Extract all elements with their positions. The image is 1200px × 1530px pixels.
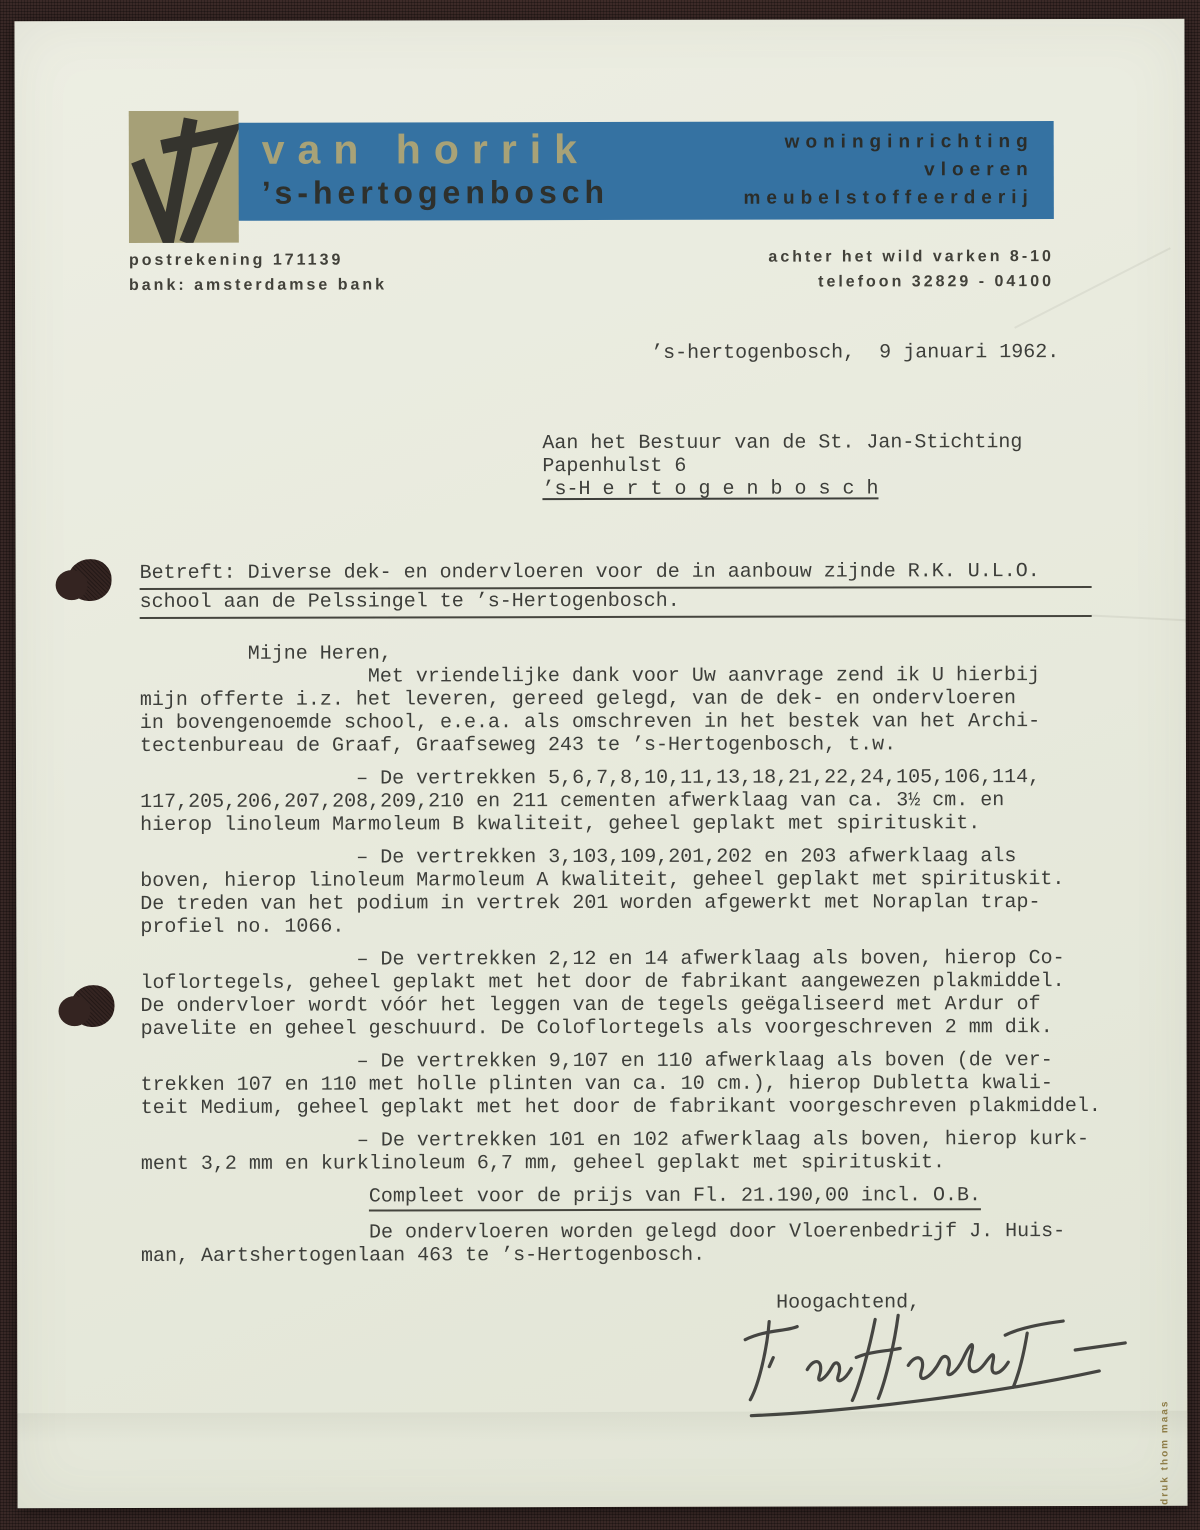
recipient-line: ’s-H e r t o g e n b o s c h <box>542 477 1022 501</box>
contact-line: telefoon 32829 - 04100 <box>575 269 1054 295</box>
salutation: Mijne Heren, <box>140 641 1130 666</box>
paper-crease <box>1091 614 1186 621</box>
price-line: Compleet voor de prijs van Fl. 21.190,00… <box>141 1184 1131 1212</box>
service-line: vloeren <box>743 156 1033 185</box>
subject-line: Betreft: Diverse dek- en ondervloeren vo… <box>140 559 1092 590</box>
vh-monogram-logo-icon <box>129 111 239 243</box>
paragraph: – De vertrekken 101 en 102 afwerklaag al… <box>141 1128 1131 1176</box>
dateline: ’s-hertogenbosch, 9 januari 1962. <box>651 341 1059 365</box>
paragraph: – De vertrekken 9,107 en 110 afwerklaag … <box>141 1049 1131 1120</box>
paragraph: Met vriendelijke dank voor Uw aanvrage z… <box>140 664 1130 758</box>
fold-shadow <box>17 1411 1187 1443</box>
services-list: woninginrichtingvloerenmeubelstoffeerder… <box>743 128 1034 213</box>
contact-details: achter het wild varken 8-10telefoon 3282… <box>575 244 1054 295</box>
letter-paper: van horrik ’s-hertogenbosch woninginrich… <box>14 19 1187 1508</box>
punch-hole <box>68 559 112 601</box>
company-city: ’s-hertogenbosch <box>262 174 609 212</box>
letterhead-blue-band: van horrik ’s-hertogenbosch woninginrich… <box>236 121 1054 221</box>
contact-line: achter het wild varken 8-10 <box>575 244 1054 270</box>
paragraph: – De vertrekken 3,103,109,201,202 en 203… <box>140 845 1130 939</box>
body-paragraphs: Met vriendelijke dank voor Uw aanvrage z… <box>140 664 1131 1176</box>
bank-details: postrekening 171139bank: amsterdamse ban… <box>129 247 387 298</box>
subject-line: school aan de Pelssingel te ’s-Hertogenb… <box>140 588 1092 619</box>
recipient-line: Aan het Bestuur van de St. Jan-Stichting <box>542 431 1022 455</box>
photographed-letter-scene: { "letterhead": { "monogram": "VH", "com… <box>0 0 1200 1530</box>
service-line: meubelstoffeerderij <box>743 184 1033 213</box>
letter-body: Mijne Heren, Met vriendelijke dank voor … <box>140 641 1131 1268</box>
paragraph: – De vertrekken 2,12 en 14 afwerklaag al… <box>140 947 1130 1041</box>
bank-line: postrekening 171139 <box>129 247 387 273</box>
printer-credit: druk thom maas <box>1159 1400 1170 1505</box>
paragraph: – De vertrekken 5,6,7,8,10,11,13,18,21,2… <box>140 766 1130 837</box>
recipient-line: Papenhulst 6 <box>542 454 1022 478</box>
subject-block: Betreft: Diverse dek- en ondervloeren vo… <box>140 559 1092 619</box>
closing-paragraph: De ondervloeren worden gelegd door Vloer… <box>141 1220 1131 1268</box>
service-line: woninginrichting <box>743 128 1033 157</box>
bank-line: bank: amsterdamse bank <box>129 272 387 298</box>
company-name: van horrik <box>262 126 590 174</box>
recipient-address: Aan het Bestuur van de St. Jan-Stichting… <box>542 431 1022 501</box>
punch-hole <box>70 985 114 1027</box>
